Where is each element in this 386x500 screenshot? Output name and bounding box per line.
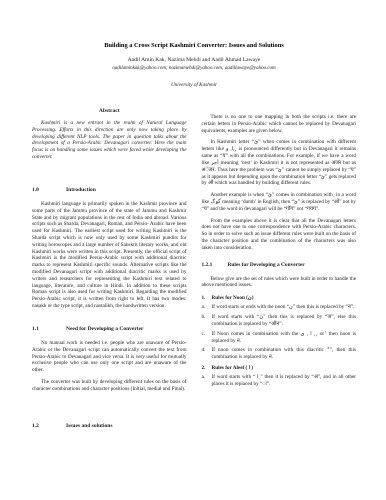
- abstract-body: Kashmiri is a new entrant in the realm o…: [32, 120, 187, 161]
- rule-title: Rules for Noon (ن): [212, 295, 254, 301]
- rule-item-label: d.: [202, 347, 212, 361]
- paragraph: Kashmiri language is primarily spoken in…: [32, 201, 187, 310]
- abstract-heading: Abstract: [32, 108, 187, 114]
- rule-item-text: If word starts or ends with the noon “ن”…: [212, 304, 357, 311]
- section-number: 1.2: [32, 423, 66, 429]
- rule-item: a. If word starts with “ ا ” then it is …: [202, 374, 357, 388]
- authors-line: Aadil Amin Kak, Nazima Mehdi and Aadil A…: [32, 57, 356, 63]
- paper-title: Building a Cross Script Kashmiri Convert…: [32, 42, 356, 50]
- rule-item: c. If Noon comes in combination with the…: [202, 331, 357, 345]
- section-heading-issues-and-solutions: 1.2 Issues and solutions: [32, 423, 187, 429]
- paragraph: The converter was built by developing di…: [32, 379, 187, 393]
- section-heading-introduction: 1.0 Introduction: [32, 187, 187, 193]
- rule-item-label: b.: [202, 314, 212, 328]
- subsection-title: Rules for Developing a Converter: [228, 262, 305, 268]
- subsection-number: 1.2.1: [202, 262, 228, 268]
- right-column: There is no one to one mapping in both t…: [202, 108, 357, 429]
- paragraph: From the examples above it is clear that…: [202, 218, 357, 252]
- rule-group-heading-aleef: 2. Rules for Aleef ( ا ): [202, 365, 357, 371]
- rules-list: 1. Rules for Noon (ن) a. If word starts …: [202, 295, 357, 387]
- left-column: Abstract Kashmiri is a new entrant in th…: [32, 108, 187, 429]
- rule-number: 2.: [202, 365, 212, 371]
- rule-item: d. If noon comes in combination with thi…: [202, 347, 357, 361]
- rule-group-heading-noon: 1. Rules for Noon (ن): [202, 295, 357, 301]
- rule-item: b. If word starts with “نٔ” then this is…: [202, 314, 357, 328]
- section-title: Need for Developing a Converter: [66, 326, 144, 332]
- paragraph: There is no one to one mapping in both t…: [202, 114, 357, 134]
- section-title: Introduction: [66, 187, 96, 193]
- paper-page: Building a Cross Script Kashmiri Convert…: [0, 0, 386, 500]
- emails-line: aadilaminkak@yahoo.com; nazimamehdi@yaho…: [32, 66, 356, 71]
- rule-title: Rules for Aleef ( ا ): [212, 365, 254, 371]
- affiliation-line: University of Kashmir: [32, 82, 356, 88]
- section-title: Issues and solutions: [66, 423, 112, 429]
- section-number: 1.0: [32, 187, 66, 193]
- rule-item-label: a.: [202, 374, 212, 388]
- rule-item-label: c.: [202, 331, 212, 345]
- section-heading-need-for-converter: 1.1 Need for Developing a Converter: [32, 326, 187, 332]
- rule-item-text: If word starts with “ ا ” then it is rep…: [212, 374, 357, 388]
- rules-intro-paragraph: Below give are the set of rules which we…: [202, 276, 357, 290]
- paragraph: In Kashmiri letter “ئ” when comes in com…: [202, 139, 357, 187]
- two-column-body: Abstract Kashmiri is a new entrant in th…: [32, 108, 356, 429]
- paragraph: No manual work is needed i.e. people who…: [32, 340, 187, 374]
- rule-item-label: a.: [202, 304, 212, 311]
- paragraph: Another example is when “ئ” comes in com…: [202, 192, 357, 212]
- rule-item-text: If word starts with “نٔ” then this is re…: [212, 314, 357, 328]
- rule-item-text: If Noon comes in combination with the ا …: [212, 331, 357, 345]
- rule-number: 1.: [202, 295, 212, 301]
- subsection-heading-rules: 1.2.1 Rules for Developing a Converter: [202, 262, 357, 268]
- rule-item-text: If noon comes in combination with this d…: [212, 347, 357, 361]
- section-number: 1.1: [32, 326, 66, 332]
- rule-item: a. If word starts or ends with the noon …: [202, 304, 357, 311]
